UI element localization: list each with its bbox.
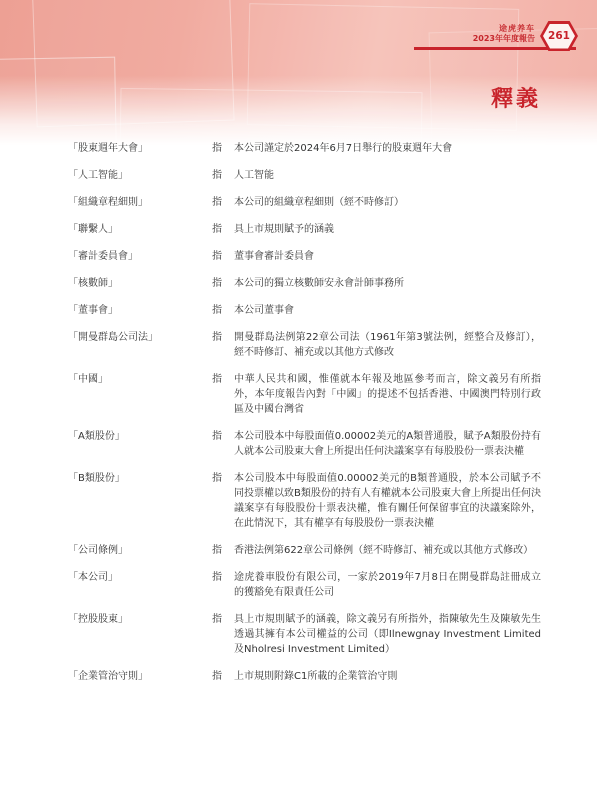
definition-row: 「審計委員會」 指 董事會審計委員會 xyxy=(68,249,541,264)
page-number-badge: 261 xyxy=(540,21,578,51)
definition-connector: 指 xyxy=(212,249,234,264)
definition-text: 董事會審計委員會 xyxy=(234,249,541,264)
definition-term: 「企業管治守則」 xyxy=(68,669,212,684)
definition-connector: 指 xyxy=(212,276,234,291)
definition-term: 「控股股東」 xyxy=(68,612,212,657)
definition-connector: 指 xyxy=(212,612,234,657)
definition-text: 中華人民共和國，惟僅就本年報及地區參考而言，除文義另有所指外，本年度報告內對「中… xyxy=(234,372,541,417)
definition-row: 「控股股東」 指 具上市規則賦予的涵義，除文義另有所指外，指陳敏先生及陳敏先生透… xyxy=(68,612,541,657)
definition-connector: 指 xyxy=(212,195,234,210)
definition-row: 「B類股份」 指 本公司股本中每股面值0.00002美元的B類普通股，於本公司賦… xyxy=(68,471,541,531)
definition-term: 「聯繫人」 xyxy=(68,222,212,237)
definition-connector: 指 xyxy=(212,141,234,156)
definition-text: 本公司的獨立核數師安永會計師事務所 xyxy=(234,276,541,291)
definition-term: 「公司條例」 xyxy=(68,543,212,558)
definition-connector: 指 xyxy=(212,168,234,183)
definition-row: 「股東週年大會」 指 本公司謹定於2024年6月7日舉行的股東週年大會 xyxy=(68,141,541,156)
definition-row: 「聯繫人」 指 具上市規則賦予的涵義 xyxy=(68,222,541,237)
definition-term: 「A類股份」 xyxy=(68,429,212,459)
definition-text: 具上市規則賦予的涵義 xyxy=(234,222,541,237)
definition-term: 「董事會」 xyxy=(68,303,212,318)
brand-name: 途虎养车 xyxy=(473,24,535,34)
document-page: 途虎养车 2023年年度報告 261 釋義 「股東週年大會」 指 本公司謹定於2… xyxy=(0,0,597,808)
definition-connector: 指 xyxy=(212,372,234,417)
definition-term: 「本公司」 xyxy=(68,570,212,600)
definition-term: 「B類股份」 xyxy=(68,471,212,531)
definition-connector: 指 xyxy=(212,543,234,558)
definition-term: 「核數師」 xyxy=(68,276,212,291)
definition-connector: 指 xyxy=(212,303,234,318)
definition-connector: 指 xyxy=(212,222,234,237)
definition-text: 本公司董事會 xyxy=(234,303,541,318)
definition-text: 本公司的組織章程細則（經不時修訂） xyxy=(234,195,541,210)
definition-term: 「中國」 xyxy=(68,372,212,417)
definition-row: 「公司條例」 指 香港法例第622章公司條例（經不時修訂、補充或以其他方式修改） xyxy=(68,543,541,558)
page-number: 261 xyxy=(543,24,575,49)
definition-row: 「中國」 指 中華人民共和國，惟僅就本年報及地區參考而言，除文義另有所指外，本年… xyxy=(68,372,541,417)
definition-text: 開曼群島法例第22章公司法（1961年第3號法例，經整合及修訂），經不時修訂、補… xyxy=(234,330,541,360)
definition-row: 「人工智能」 指 人工智能 xyxy=(68,168,541,183)
definition-row: 「董事會」 指 本公司董事會 xyxy=(68,303,541,318)
definition-term: 「人工智能」 xyxy=(68,168,212,183)
definition-row: 「A類股份」 指 本公司股本中每股面值0.00002美元的A類普通股，賦予A類股… xyxy=(68,429,541,459)
definition-text: 本公司股本中每股面值0.00002美元的A類普通股，賦予A類股份持有人就本公司股… xyxy=(234,429,541,459)
definition-term: 「組織章程細則」 xyxy=(68,195,212,210)
report-brand: 途虎养车 2023年年度報告 xyxy=(473,21,535,44)
definition-connector: 指 xyxy=(212,471,234,531)
definition-text: 途虎養車股份有限公司，一家於2019年7月8日在開曼群島註冊成立的獲豁免有限責任… xyxy=(234,570,541,600)
definition-connector: 指 xyxy=(212,570,234,600)
definition-term: 「審計委員會」 xyxy=(68,249,212,264)
definition-connector: 指 xyxy=(212,429,234,459)
definition-connector: 指 xyxy=(212,330,234,360)
definitions-list: 「股東週年大會」 指 本公司謹定於2024年6月7日舉行的股東週年大會 「人工智… xyxy=(68,141,541,696)
definition-text: 香港法例第622章公司條例（經不時修訂、補充或以其他方式修改） xyxy=(234,543,541,558)
definition-text: 具上市規則賦予的涵義，除文義另有所指外，指陳敏先生及陳敏先生透過其擁有本公司權益… xyxy=(234,612,541,657)
definition-text: 本公司謹定於2024年6月7日舉行的股東週年大會 xyxy=(234,141,541,156)
definition-term: 「股東週年大會」 xyxy=(68,141,212,156)
definition-row: 「開曼群島公司法」 指 開曼群島法例第22章公司法（1961年第3號法例，經整合… xyxy=(68,330,541,360)
definition-term: 「開曼群島公司法」 xyxy=(68,330,212,360)
definition-row: 「企業管治守則」 指 上市規則附錄C1所載的企業管治守則 xyxy=(68,669,541,684)
definition-text: 上市規則附錄C1所載的企業管治守則 xyxy=(234,669,541,684)
report-header: 途虎养车 2023年年度報告 261 xyxy=(412,21,578,53)
page-title: 釋義 xyxy=(491,82,541,113)
definition-row: 「本公司」 指 途虎養車股份有限公司，一家於2019年7月8日在開曼群島註冊成立… xyxy=(68,570,541,600)
report-title: 2023年年度報告 xyxy=(473,34,535,44)
definition-row: 「組織章程細則」 指 本公司的組織章程細則（經不時修訂） xyxy=(68,195,541,210)
definition-text: 人工智能 xyxy=(234,168,541,183)
definition-row: 「核數師」 指 本公司的獨立核數師安永會計師事務所 xyxy=(68,276,541,291)
banner-decor-shape xyxy=(120,88,423,145)
definition-connector: 指 xyxy=(212,669,234,684)
banner-decor-shape xyxy=(0,57,117,145)
definition-text: 本公司股本中每股面值0.00002美元的B類普通股，於本公司賦予不同投票權以致B… xyxy=(234,471,541,531)
